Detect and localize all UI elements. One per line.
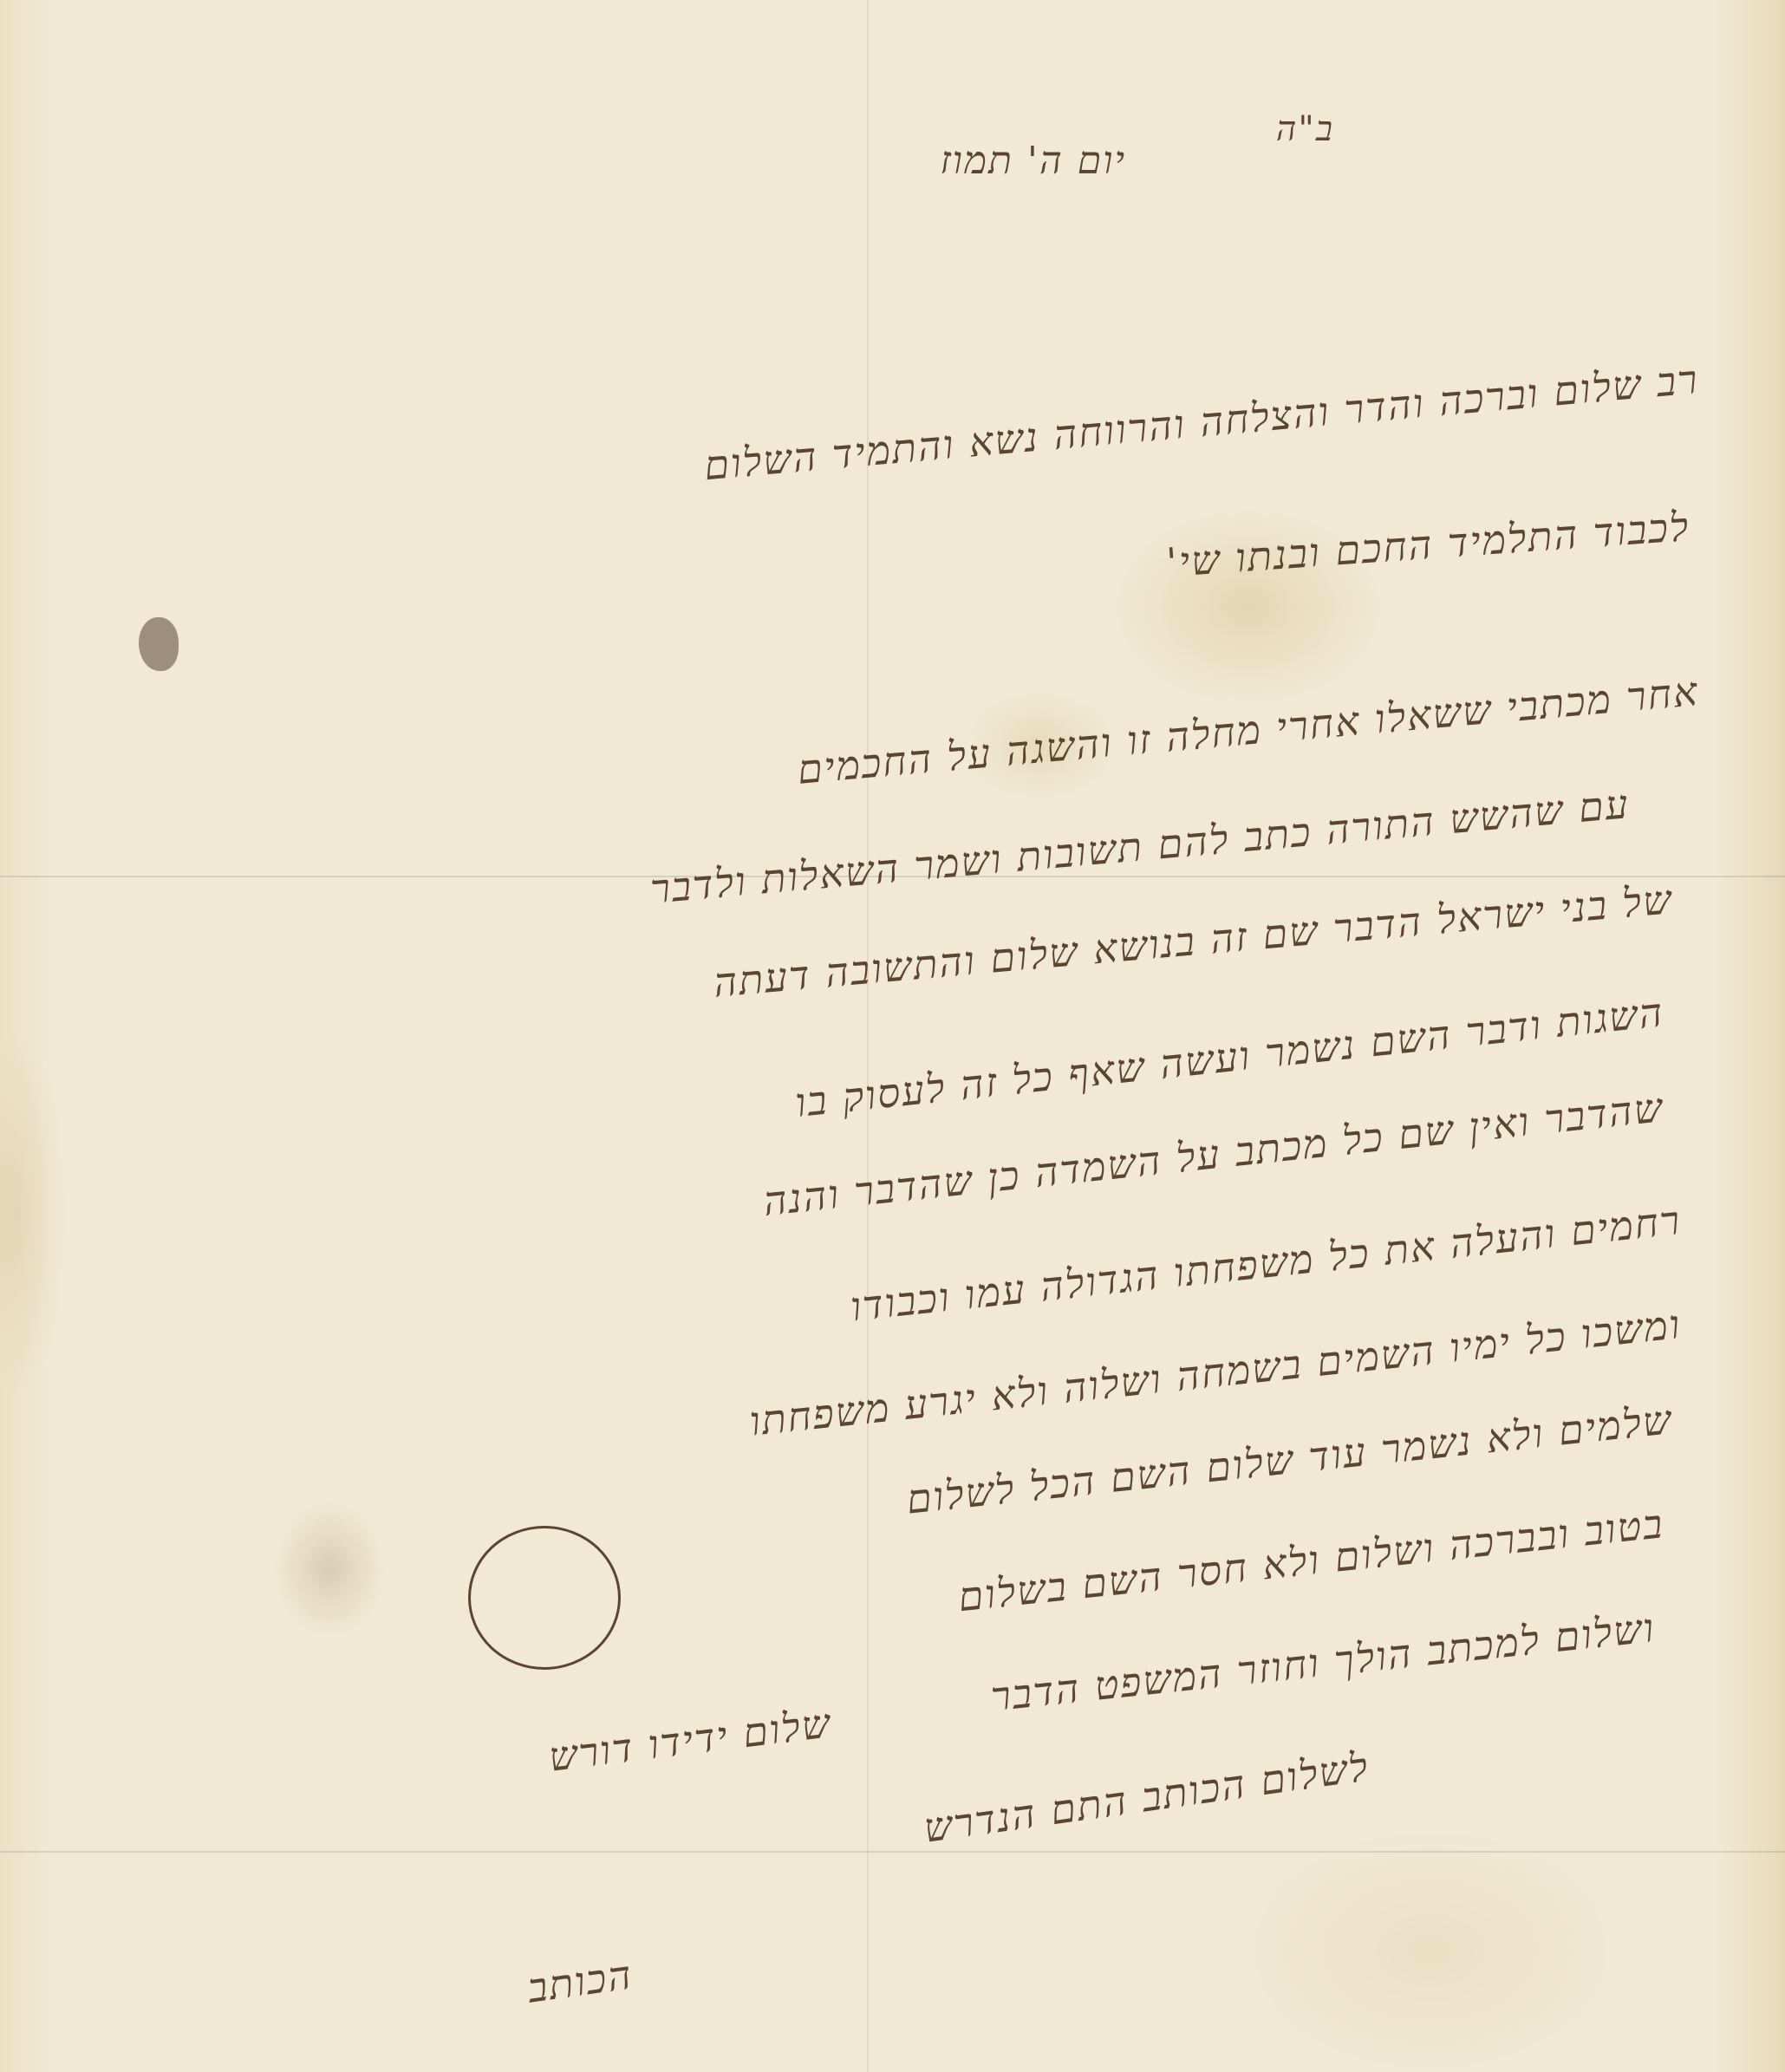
fold-crease-horizontal	[0, 1851, 1785, 1853]
body-line-10: ושלום למכתב הולך וחוזר המשפט הדבר	[988, 1604, 1658, 1720]
signature-line-1: שלום ידידו דורש	[546, 1699, 834, 1781]
salutation-line-2: לכבוד התלמיד החכם ובנתו שי'	[1164, 503, 1691, 586]
body-line-3: של בני ישראל הדבר שם זה בנושא שלום והתשו…	[711, 876, 1674, 1007]
header-date: יום ה' תמוז	[940, 139, 1126, 183]
body-line-6: רחמים והעלה את כל משפחתו הגדולה עמו וכבו…	[848, 1196, 1683, 1330]
signature-flourish	[468, 1526, 621, 1670]
ink-blot	[139, 617, 179, 671]
salutation-line-1: רב שלום וברכה והדר והצלחה והרווחה נשא וה…	[702, 355, 1701, 489]
fold-crease-vertical	[867, 0, 869, 2072]
signature-line-2: לשלום הכותב התם הנדרש	[921, 1743, 1371, 1852]
letter-page: ב"ה יום ה' תמוז רב שלום וברכה והדר והצלח…	[0, 0, 1785, 2072]
body-line-1: אחר מכתבי ששאלו אחרי מחלה זו והשגה על הח…	[795, 668, 1700, 793]
body-line-9: בטוב ובברכה ושלום ולא חסר השם בשלום	[956, 1500, 1666, 1620]
signature-line-3: הכותב	[524, 1951, 635, 2011]
header-bh: ב"ה	[1276, 108, 1334, 149]
